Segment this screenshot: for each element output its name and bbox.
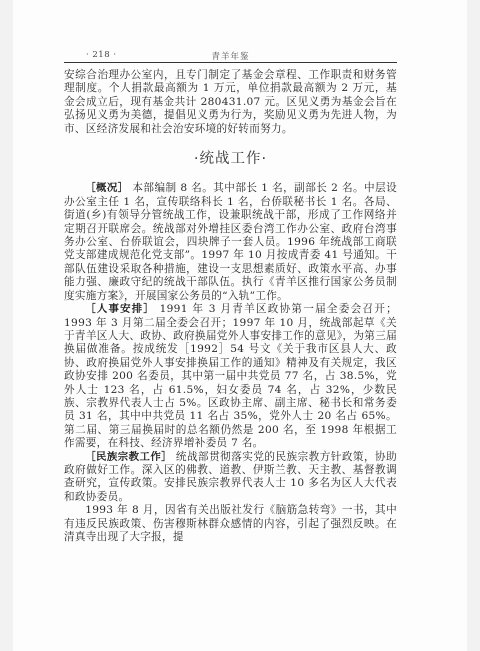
- intro-paragraph: 安综合治理办公室内，且专门制定了基金会章程、工作职责和财务管理制度。个人捐款最高…: [64, 69, 397, 136]
- paragraph-ethnic-religion: ［民族宗教工作］ 统战部贯彻落实党的民族宗教方针政策，协助政府做好工作。深入区的…: [64, 451, 397, 505]
- section-title: ·统战工作·: [64, 153, 397, 166]
- book-title: 青羊年鉴: [64, 50, 397, 62]
- paragraph-tag: ［人事安排］: [85, 303, 155, 315]
- paragraph-1993-incident: 1993 年 8 月，因省有关出版社发行《脑筋急转弯》一书，其中有违反民族政策、…: [64, 504, 397, 544]
- paragraph-text: 1991 年 3 月青羊区政协第一届全委会召开；1993 年 3 月第二届全委会…: [64, 303, 397, 449]
- paragraph-tag: ［民族宗教工作］: [85, 451, 172, 463]
- paragraph-text: 1993 年 8 月，因省有关出版社发行《脑筋急转弯》一书，其中有违反民族政策、…: [64, 504, 397, 543]
- paragraph-overview: ［概况］ 本部编制 8 名。其中部长 1 名，副部长 2 名。中层设办公室主任 …: [64, 182, 397, 303]
- running-header: · 218 · 青羊年鉴: [64, 46, 397, 62]
- body-text: 安综合治理办公室内，且专门制定了基金会章程、工作职责和财务管理制度。个人捐款最高…: [64, 69, 397, 544]
- paragraph-text: 本部编制 8 名。其中部长 1 名，副部长 2 名。中层设办公室主任 1 名，宣…: [64, 182, 397, 301]
- paragraph-personnel: ［人事安排］ 1991 年 3 月青羊区政协第一届全委会召开；1993 年 3 …: [64, 303, 397, 450]
- header-rule: [64, 62, 397, 63]
- paragraph-tag: ［概况］: [85, 182, 128, 194]
